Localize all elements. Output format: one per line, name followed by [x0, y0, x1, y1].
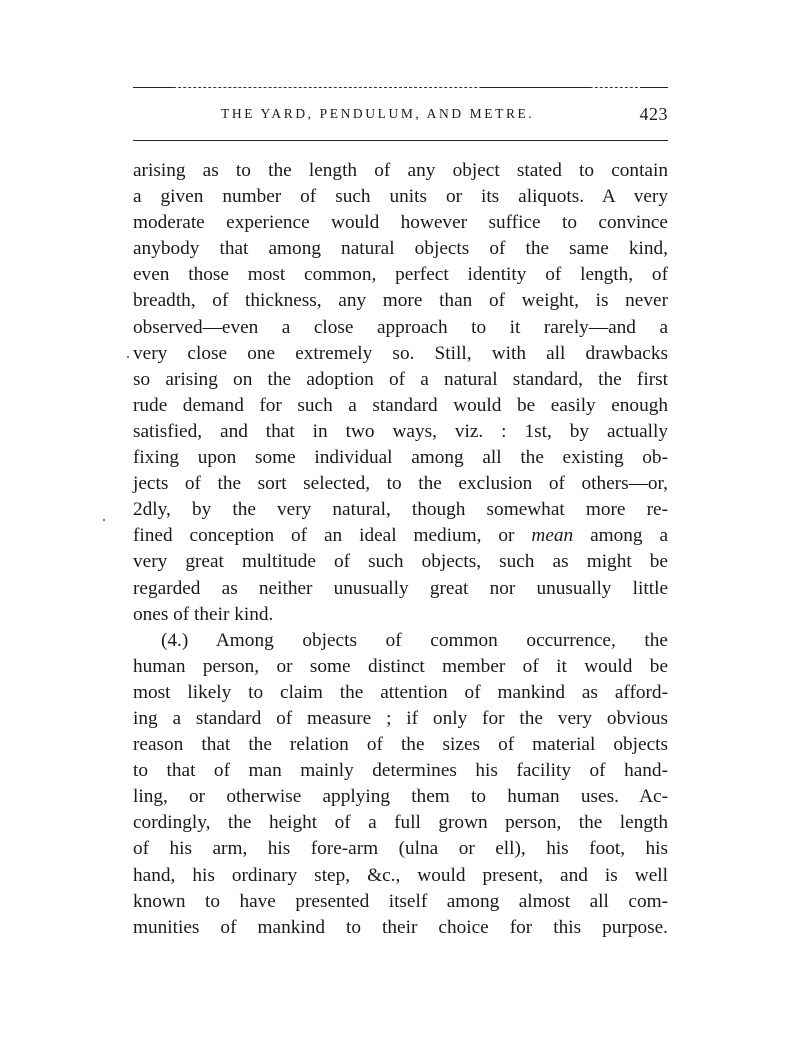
text-line: moderate experience would however suffic…	[133, 210, 668, 236]
text-line: breadth, of thickness, any more than of …	[133, 288, 668, 314]
text-line: reason that the relation of the sizes of…	[133, 732, 668, 758]
paragraph-section-4: (4.) Among objects of common occurrence,…	[133, 628, 668, 941]
text-line: arising as to the length of any object s…	[133, 158, 668, 184]
text-line: fixing upon some individual among all th…	[133, 445, 668, 471]
text-line-with-italic: fined conception of an ideal medium, or …	[133, 523, 668, 549]
text-line: cordingly, the height of a full grown pe…	[133, 810, 668, 836]
text-line: (4.) Among objects of common occurrence,…	[133, 628, 668, 654]
header-top-rule-segment	[133, 87, 173, 88]
italic-term: mean	[531, 525, 573, 546]
text-line: observed—even a close approach to it rar…	[133, 315, 668, 341]
text-line: ling, or otherwise applying them to huma…	[133, 784, 668, 810]
page-body: arising as to the length of any object s…	[133, 158, 668, 941]
text-segment: fined conception of an ideal medium, or	[133, 525, 514, 546]
text-segment: among a	[590, 525, 668, 546]
text-line: of his arm, his fore-arm (ulna or ell), …	[133, 836, 668, 862]
text-line: most likely to claim the attention of ma…	[133, 680, 668, 706]
text-line: anybody that among natural objects of th…	[133, 236, 668, 262]
text-line: so arising on the adoption of a natural …	[133, 367, 668, 393]
text-line: human person, or some distinct member of…	[133, 654, 668, 680]
text-line: even those most common, perfect identity…	[133, 262, 668, 288]
text-line: hand, his ordinary step, &c., would pres…	[133, 863, 668, 889]
text-line: rude demand for such a standard would be…	[133, 393, 668, 419]
page-number: 423	[640, 104, 669, 125]
scan-speck	[127, 356, 129, 358]
text-line: ing a standard of measure ; if only for …	[133, 706, 668, 732]
text-line: to that of man mainly determines his fac…	[133, 758, 668, 784]
paragraph-continuation: arising as to the length of any object s…	[133, 158, 668, 628]
running-title: THE YARD, PENDULUM, AND METRE.	[221, 106, 534, 122]
running-head: THE YARD, PENDULUM, AND METRE. 423	[133, 104, 668, 128]
text-line: regarded as neither unusually great nor …	[133, 576, 668, 602]
header-bottom-rule	[133, 140, 668, 141]
text-line: very great multitude of such objects, su…	[133, 549, 668, 575]
scan-speck	[103, 519, 105, 521]
text-line: a given number of such units or its aliq…	[133, 184, 668, 210]
header-top-rule-segment	[640, 87, 668, 88]
text-line: very close one extremely so. Still, with…	[133, 341, 668, 367]
text-line: known to have presented itself among alm…	[133, 889, 668, 915]
header-top-rule-segment	[480, 87, 590, 88]
text-line: jects of the sort selected, to the exclu…	[133, 471, 668, 497]
text-line: munities of mankind to their choice for …	[133, 915, 668, 941]
text-line: 2dly, by the very natural, though somewh…	[133, 497, 668, 523]
text-line: ones of their kind.	[133, 602, 668, 628]
text-line: satisfied, and that in two ways, viz. : …	[133, 419, 668, 445]
